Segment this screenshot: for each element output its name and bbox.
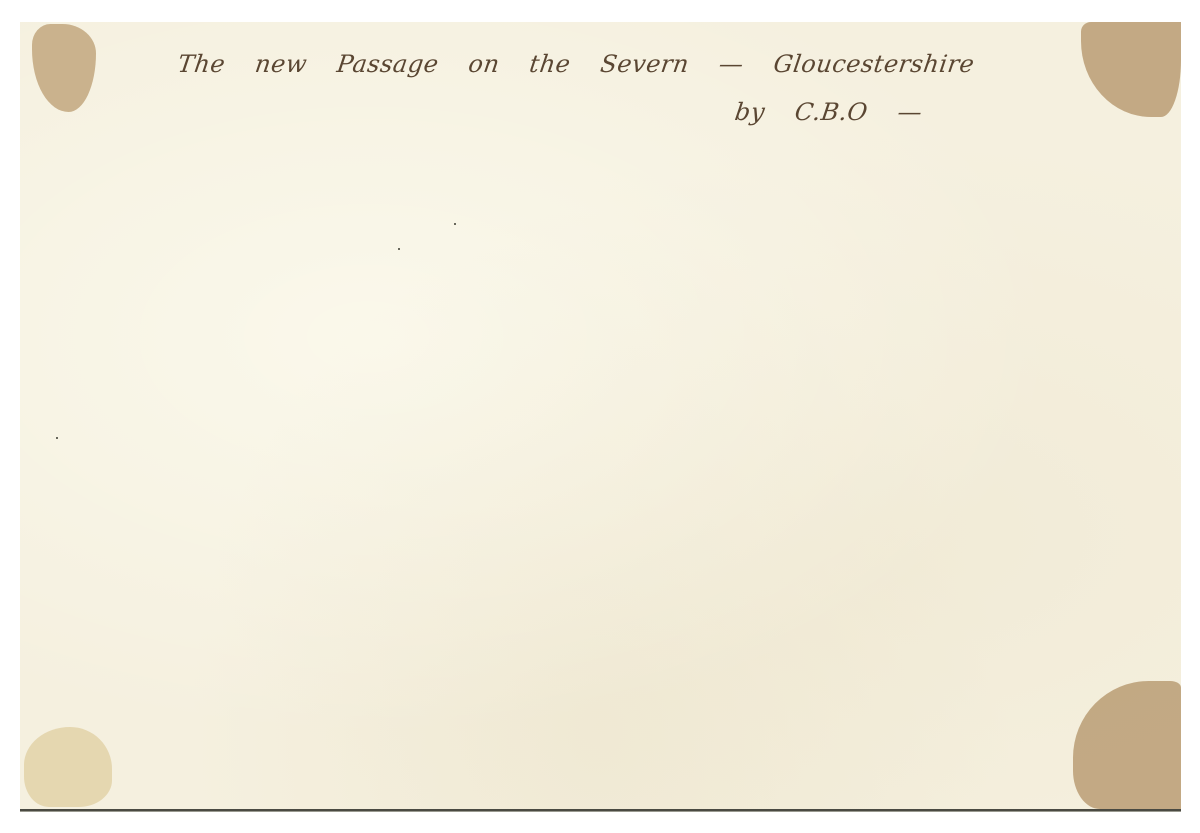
- paper-speck: [56, 437, 58, 439]
- corner-stain-top-left: [32, 24, 96, 112]
- corner-stain-bottom-left: [24, 727, 112, 807]
- scan-background: The new Passage on the Severn — Gloucest…: [0, 0, 1200, 833]
- paper-speck: [398, 248, 400, 250]
- corner-stain-top-right: [1081, 22, 1181, 117]
- paper-sheet: The new Passage on the Severn — Gloucest…: [20, 22, 1181, 811]
- inscription-title: The new Passage on the Severn — Gloucest…: [176, 50, 976, 78]
- paper-speck: [454, 223, 456, 225]
- inscription-attribution: by C.B.O —: [733, 98, 924, 126]
- corner-stain-bottom-right: [1073, 681, 1181, 809]
